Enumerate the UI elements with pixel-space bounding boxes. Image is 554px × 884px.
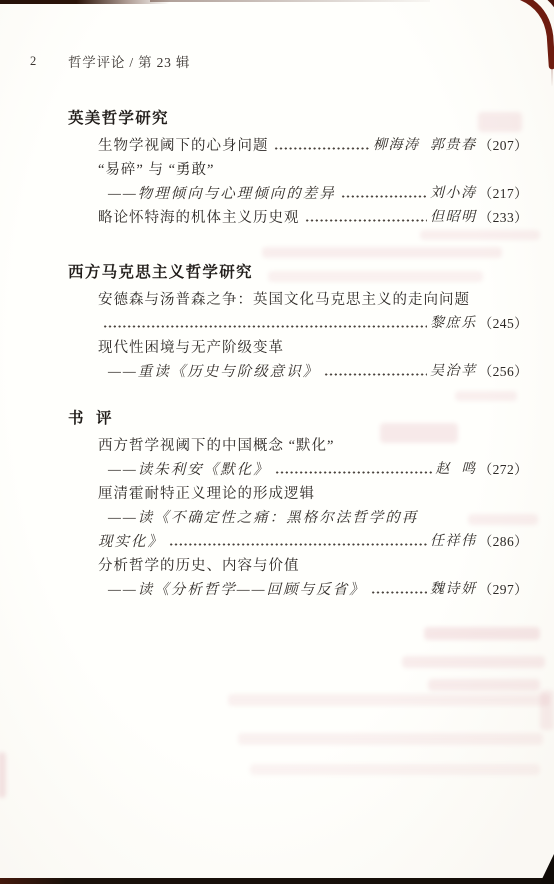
bleed-through-smudge <box>228 694 550 706</box>
scan-right-edge-shadow <box>551 34 554 86</box>
bleed-through-smudge <box>402 656 545 668</box>
entry-title-text: ——读《不确定性之痛：黑格尔法哲学的再 <box>108 506 418 530</box>
entry-author: 魏诗妍 <box>430 578 477 602</box>
entry-title-text: 安德森与汤普森之争：英国文化马克思主义的走向问题 <box>98 288 470 312</box>
toc-entry-line: 略论怀特海的机体主义历史观 但昭明 （233） <box>68 206 528 230</box>
entry-author: 赵 鸣 <box>435 458 476 482</box>
toc-entry-line: 安德森与汤普森之争：英国文化马克思主义的走向问题 <box>68 288 528 312</box>
bleed-through-smudge <box>238 733 543 745</box>
entry-title-text: ——重读《历史与阶级意识》 <box>108 360 319 384</box>
section-title: 英美哲学研究 <box>68 107 528 131</box>
toc-entry-line: ——读《不确定性之痛：黑格尔法哲学的再 <box>68 506 528 530</box>
toc-entry-line: 西方哲学视阈下的中国概念 “默化” <box>68 434 528 458</box>
toc-entry-line: 生物学视阈下的心身问题 柳海涛 郭贵春 （207） <box>68 134 528 158</box>
entry-author: 刘小涛 <box>430 182 477 206</box>
entry-page-number: （207） <box>479 134 528 158</box>
entry-author: 任祥伟 <box>430 530 477 554</box>
scan-top-edge-line <box>150 0 430 2</box>
dot-leader <box>324 360 427 384</box>
toc-entry-line: ——读《分析哲学——回顾与反省》 魏诗妍 （297） <box>68 578 528 602</box>
entry-author: 但昭明 <box>430 206 477 230</box>
dot-leader <box>103 312 427 336</box>
entry-page-number: （245） <box>479 312 528 336</box>
dot-leader <box>341 182 427 206</box>
table-of-contents: 英美哲学研究 生物学视阈下的心身问题 柳海涛 郭贵春 （207） “易碎” 与 … <box>68 107 528 602</box>
page-number: 2 <box>30 54 36 69</box>
toc-entry-line: ——重读《历史与阶级意识》 吴治苹 （256） <box>68 360 528 384</box>
bleed-through-smudge <box>540 690 554 730</box>
journal-title-header: 哲学评论 / 第 23 辑 <box>68 51 190 71</box>
page-curl-decoration <box>464 0 554 100</box>
entry-title-text: 现实化》 <box>98 530 164 554</box>
toc-section: 书 评 西方哲学视阈下的中国概念 “默化” ——读朱利安《默化》 赵 鸣 （27… <box>68 407 528 602</box>
dot-leader <box>371 578 427 602</box>
entry-title-text: ——物理倾向与心理倾向的差异 <box>108 182 336 206</box>
toc-entry-line: ——物理倾向与心理倾向的差异 刘小涛 （217） <box>68 182 528 206</box>
toc-section: 英美哲学研究 生物学视阈下的心身问题 柳海涛 郭贵春 （207） “易碎” 与 … <box>68 107 528 230</box>
toc-entry-line: 厘清霍耐特正义理论的形成逻辑 <box>68 482 528 506</box>
toc-section: 西方马克思主义哲学研究 安德森与汤普森之争：英国文化马克思主义的走向问题 黎庶乐… <box>68 261 528 384</box>
entry-page-number: （256） <box>479 360 528 384</box>
bleed-through-smudge <box>424 627 540 640</box>
section-title: 书 评 <box>68 407 528 431</box>
entry-author: 吴治苹 <box>430 360 477 384</box>
toc-entry-line: 黎庶乐 （245） <box>68 312 528 336</box>
scan-top-edge-shadow <box>0 0 170 4</box>
scan-bottom-edge-bar <box>0 878 554 884</box>
entry-title-text: “易碎” 与 “勇敢” <box>98 158 215 182</box>
entry-page-number: （217） <box>479 182 528 206</box>
dot-leader <box>305 206 427 230</box>
entry-page-number: （297） <box>479 578 528 602</box>
entry-title-text: ——读《分析哲学——回顾与反省》 <box>108 578 366 602</box>
entry-author: 柳海涛 郭贵春 <box>373 134 477 158</box>
dot-leader <box>274 134 370 158</box>
entry-title-text: ——读朱利安《默化》 <box>108 458 270 482</box>
scanned-book-page: 2 哲学评论 / 第 23 辑 英美哲学研究 生物学视阈下的心身问题 柳海涛 郭… <box>0 0 554 884</box>
toc-entry-line: “易碎” 与 “勇敢” <box>68 158 528 182</box>
dot-leader <box>275 458 433 482</box>
entry-title-text: 略论怀特海的机体主义历史观 <box>98 206 300 230</box>
bleed-through-smudge <box>0 752 6 798</box>
entry-title-text: 生物学视阈下的心身问题 <box>98 134 269 158</box>
entry-title-text: 分析哲学的历史、内容与价值 <box>98 554 300 578</box>
toc-entry-line: 现实化》 任祥伟 （286） <box>68 530 528 554</box>
toc-entry-line: 现代性困境与无产阶级变革 <box>68 336 528 360</box>
bleed-through-smudge <box>250 764 540 775</box>
entry-title-text: 西方哲学视阈下的中国概念 “默化” <box>98 434 335 458</box>
entry-page-number: （233） <box>479 206 528 230</box>
section-title: 西方马克思主义哲学研究 <box>68 261 528 285</box>
entry-page-number: （286） <box>479 530 528 554</box>
dot-leader <box>169 530 427 554</box>
entry-title-text: 现代性困境与无产阶级变革 <box>98 336 284 360</box>
bleed-through-smudge <box>428 679 540 691</box>
entry-author: 黎庶乐 <box>430 312 477 336</box>
running-head: 2 哲学评论 / 第 23 辑 <box>30 51 510 71</box>
toc-entry-line: ——读朱利安《默化》 赵 鸣 （272） <box>68 458 528 482</box>
entry-page-number: （272） <box>479 458 528 482</box>
toc-entry-line: 分析哲学的历史、内容与价值 <box>68 554 528 578</box>
entry-title-text: 厘清霍耐特正义理论的形成逻辑 <box>98 482 315 506</box>
